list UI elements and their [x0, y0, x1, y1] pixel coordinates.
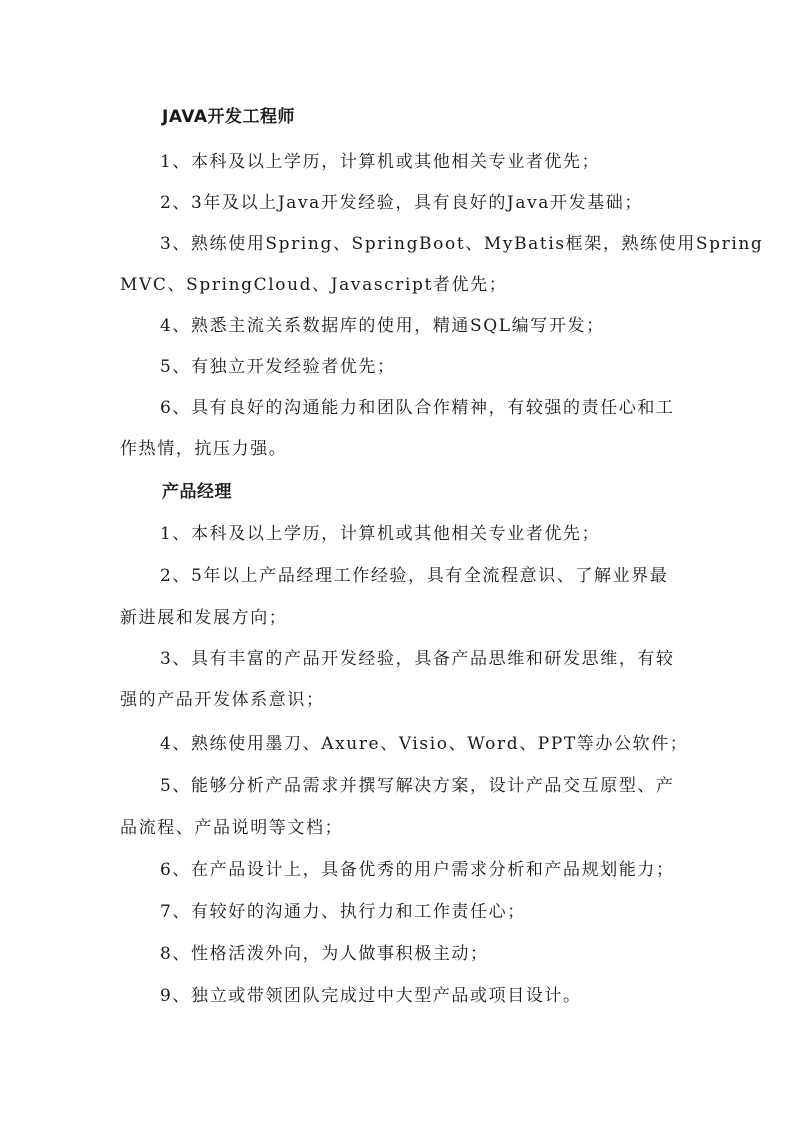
section-title-product-manager: 产品经理	[162, 482, 232, 502]
requirement-line: 2、5年以上产品经理工作经验，具有全流程意识、了解业界最	[160, 566, 668, 586]
requirement-line: 5、有独立开发经验者优先；	[160, 357, 396, 377]
requirement-line-continued: 新进展和发展方向；	[120, 608, 287, 628]
requirement-line: 4、熟悉主流关系数据库的使用，精通SQL编写开发；	[160, 316, 605, 336]
requirement-line: 1、本科及以上学历，计算机或其他相关专业者优先；	[160, 152, 600, 172]
requirement-line: 6、在产品设计上，具备优秀的用户需求分析和产品规划能力；	[160, 860, 675, 880]
requirement-line-continued: 强的产品开发体系意识；	[120, 690, 325, 710]
requirement-line: 8、性格活泼外向，为人做事积极主动；	[160, 944, 489, 964]
requirement-line: 4、熟练使用墨刀、Axure、Visio、Word、PPT等办公软件；	[160, 734, 688, 754]
requirement-line: 5、能够分析产品需求并撰写解决方案，设计产品交互原型、产	[160, 776, 675, 796]
requirement-line: 6、具有良好的沟通能力和团队合作精神，有较强的责任心和工	[160, 398, 675, 418]
requirement-line: 9、独立或带领团队完成过中大型产品或项目设计。	[160, 986, 582, 1006]
requirement-line: 3、熟练使用Spring、SpringBoot、MyBatis框架，熟练使用Sp…	[160, 234, 763, 254]
requirement-line-continued: 品流程、产品说明等文档；	[120, 818, 343, 838]
requirement-line: 2、3年及以上Java开发经验，具有良好的Java开发基础；	[160, 193, 643, 213]
section-title-java-engineer: JAVA开发工程师	[162, 107, 295, 127]
requirement-line-continued: 作热情，抗压力强。	[120, 439, 287, 459]
requirement-line: 7、有较好的沟通力、执行力和工作责任心；	[160, 902, 526, 922]
requirement-line: 1、本科及以上学历，计算机或其他相关专业者优先；	[160, 524, 600, 544]
requirement-line-continued: MVC、SpringCloud、Javascript者优先；	[120, 275, 507, 295]
document-page: JAVA开发工程师 1、本科及以上学历，计算机或其他相关专业者优先； 2、3年及…	[0, 0, 793, 1122]
requirement-line: 3、具有丰富的产品开发经验，具备产品思维和研发思维，有较	[160, 649, 675, 669]
